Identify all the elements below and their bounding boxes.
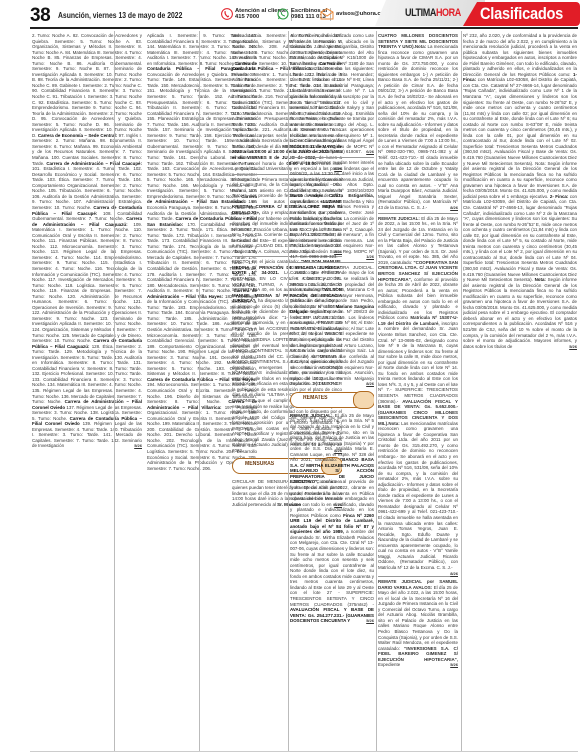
body-text: CIRCULAR DE MENSURA JUDICIAL. Comunico q…: [290, 265, 374, 309]
gavel-icon: [353, 391, 374, 409]
body-text: 211. Derecho Privado. Semestre: 1. Turno…: [232, 66, 342, 149]
section-heading: Carrera de Contaduría Pública – Filial C…: [32, 205, 142, 216]
bold-hours: 08:00 a 18:00: [286, 161, 316, 166]
column-2: Aplicada I. Semestre: 9. Turno: Tarde. 1…: [147, 33, 257, 751]
body-text: 101. Estadística I. Semestre: 4. Turno: …: [32, 166, 142, 210]
whatsapp-icon: [277, 8, 289, 20]
body-text: Las mencionadas matrículas reconocen com…: [378, 421, 458, 570]
page-header: 38 Asunción, viernes 13 de mayo de 2022 …: [0, 0, 580, 26]
case-title: "INVERSIONES S.A. C/ FIDEL BAREIRO GIMEN…: [378, 646, 458, 662]
section-heading: Carrera de Contaduría Pública – Filial V…: [232, 61, 342, 72]
body-text: conforme al proveído de fecha 25 de Abri…: [378, 277, 458, 321]
ad-end-mark: 6/26: [334, 502, 342, 508]
ad-end-mark: 5/26: [134, 443, 142, 449]
section-heading: Carrera de Contaduría Pública – Filial P…: [147, 61, 257, 72]
ad-end-mark: 5/26: [450, 662, 458, 668]
case-title: "WILSON MANUEL MEDINA S/ PRIVACIÓN DE EF…: [232, 287, 342, 303]
ruler-icon: [321, 457, 342, 475]
nota-label: Nota:: [388, 421, 399, 426]
ad-end-mark: 8/26: [450, 205, 458, 211]
header-rule: [30, 27, 578, 29]
body-text: con Matrícula L02-63058, del Distrito de…: [463, 77, 577, 198]
body-text: El día 25 de Mayo de 2022, a las 15:00 h…: [290, 413, 374, 462]
column-1: 2. Turno: Noche A. 82. Convocación de Ac…: [32, 33, 142, 751]
ad-end-mark: 8/26: [450, 571, 458, 577]
body-text: 108. Contabilidad Gubernamental. Semestr…: [32, 211, 142, 222]
brand-part-a: ULTIMA: [405, 7, 436, 19]
phone-icon: [221, 8, 233, 20]
ad-separator: [232, 174, 342, 175]
body-text: 182. Tecnología de la Información y Comu…: [147, 294, 257, 377]
brand-part-b: HORA: [436, 7, 461, 19]
body-text: 128. Ética. Semestre: 2. Turno: Tarde. 1…: [32, 344, 142, 404]
section-heading: Carrera de Administración – Filial San E…: [147, 194, 257, 205]
body-text: 170. Contabilidad Financiera I. Semestre…: [147, 222, 257, 294]
body-text: ha dispuesto la publicación del edicto p…: [232, 298, 342, 453]
body-text: 148. Convocación de Acreedores y Quiebra…: [147, 66, 257, 199]
property-id: Finca Nº 2260 URB L19 del Distrito de La…: [290, 513, 374, 535]
ad-end-mark: 5/26: [249, 466, 257, 472]
body-text: conforme al proveído de fecha 26 de Abri…: [290, 479, 374, 517]
body-text: 197. Psicología Organizacional. Semestre…: [147, 405, 257, 471]
body-text: Según informe del asiento registral de l…: [463, 277, 577, 349]
ad-end-mark: 8/26: [334, 249, 342, 255]
ad-separator: [290, 157, 374, 158]
email-icon: [320, 8, 334, 20]
column-divider: [199, 31, 200, 751]
valuation: AVALUACIÓN FISCAL Y BASE DE VENTA: Gs. 2…: [290, 607, 374, 623]
section-heading: Carrera de Contaduría Pública – Filial S…: [147, 216, 257, 227]
case-title: "COOPERATIVA SAN CRISTOBAL LTDA. C/ JUAN…: [378, 260, 458, 282]
body-text: 194. Microeconomía. Semestre: 1. Turno: …: [147, 382, 257, 404]
body-text: 137. Régimen Legal de las Empresas. Seme…: [32, 405, 142, 421]
section-heading: Carrera de Administración – Filial Caacu…: [46, 161, 142, 166]
nota-label: Nota:: [535, 277, 546, 282]
page-number: 38: [30, 5, 50, 27]
section-heading: Carrera de Contaduría Pública – Filial V…: [147, 377, 257, 382]
section-heading: Carrera de Administración – Filial Coron…: [32, 399, 142, 410]
body-text: Alonso Ribeiro, individualizado como Lot…: [290, 33, 374, 154]
body-text: con Matrícula L02-63059, del Distrito de…: [463, 194, 577, 282]
remate-heading: REMATE JUDICIAL:: [290, 413, 332, 418]
ad-end-mark: 6/26: [366, 149, 374, 155]
section-heading: Carrera de Administración – Filial Villa…: [147, 399, 257, 410]
remate-heading: REMATE JUDICIAL:: [378, 216, 420, 221]
body-text: 168. Economía Paraguaya. Semestre: 8. Tu…: [147, 199, 257, 221]
body-text: cita y emplaza a todos los que puedan te…: [232, 210, 342, 254]
ad-end-mark: 5/26: [569, 344, 577, 350]
column-divider: [376, 31, 377, 751]
body-text: La mencionada finca reconoce como gravam…: [378, 44, 458, 210]
section-heading: Carrera de Contaduría Pública – Filial C…: [32, 338, 142, 349]
remates-banner: REMATES: [290, 392, 374, 408]
column-4: Alonso Ribeiro, individualizado como Lot…: [290, 33, 374, 751]
valuation: CUATRO MILLONES DOSCIENTOS SETENTA Y SIE…: [378, 33, 458, 49]
column-divider: [114, 31, 115, 751]
ad-end-mark: 1/26: [366, 254, 374, 260]
ad-separator: [290, 262, 374, 263]
case-title: "WILSON MANUEL MEDINA S/ PRIVACIÓN DE EF…: [232, 259, 342, 275]
body-text: 97. Inglés I. Semestre: 2. Turno: Mañana…: [32, 133, 142, 166]
ad-end-mark: 5/26: [366, 618, 374, 624]
section-heading: Carrera de Administración – Filial Caagu…: [32, 216, 142, 227]
body-text: de lunes a viernes en el horario de: [232, 155, 342, 166]
property-id: Matrícula Nº 15307-U-L19 del Distrito de…: [378, 315, 458, 326]
body-text: 109. Matemática I. Semestre: 1. Turno: N…: [32, 222, 142, 343]
brand-logo: ULTIMAHORA: [405, 7, 461, 19]
body-text: Mercadotecnia. Semestre: 8. Turno: Noche…: [232, 33, 342, 66]
body-text: LA JUEZ DE PRIMERA INSTANCIA EN LO CIVIL…: [232, 270, 342, 292]
ad-separator: [378, 213, 458, 214]
column-divider: [288, 31, 289, 751]
page-footer-rule: [30, 751, 578, 752]
body-text: Nº 232, año 2.020, y de conformidad a la…: [463, 33, 577, 77]
ad-end-mark: 8/26: [334, 448, 342, 454]
body-text: cuyos linderos son Norte: Bachetta y Nit…: [290, 199, 374, 259]
body-text: horas. San Lorenzo, Ciudad Universitaria…: [232, 161, 342, 172]
column-divider: [461, 31, 462, 751]
body-text: El día 25 de Mayo de 2022, a las 15:00 h…: [378, 216, 458, 265]
body-text: según Exp. Adm. Nº 208/23 de fecha R.P. …: [290, 309, 374, 386]
section-heading: Carrera de Economía – Sede Central:: [38, 133, 117, 138]
case-title: "BANCO BASA S.A. C/ MIRTHA ELIZABETH PAL…: [290, 457, 374, 484]
section-heading: Carrera de Contaduría Pública – Filial C…: [32, 416, 142, 427]
banner-label: MENSURAS: [245, 462, 274, 468]
ad-end-mark: 8/26: [366, 381, 374, 387]
column-5: CUATRO MILLONES DOSCIENTOS SETENTA Y SIE…: [378, 33, 458, 751]
person-name: Marco Andrés Cañiza Estigarribia,: [290, 193, 374, 198]
nota-label: Nota:: [415, 44, 426, 49]
valuation: AVALUACIÓN FISCAL Y BASE DE VENTA: Gs. 5…: [378, 399, 458, 426]
column-3: Mercadotecnia. Semestre: 8. Turno: Noche…: [232, 33, 342, 751]
ad-end-mark: 8/26: [334, 166, 342, 172]
section-title: Clasificados: [480, 4, 563, 24]
body-text: Comunico a quienes puedan tener interés …: [290, 160, 374, 193]
mensuras-banner: MENSURAS: [232, 458, 342, 474]
person-name: Mariano Sanguina Delgado: [290, 304, 374, 315]
dateline: Asunción, viernes 13 de mayo de 2022: [58, 11, 182, 20]
body-text: El día 25 de Mayo del año 2.022, a las 1…: [378, 585, 458, 651]
body-text: Expediente: [378, 662, 400, 667]
body-text: EDICTO: En el juicio caratulado:: [232, 259, 301, 264]
body-text: inscripto a nombre del demandado Sr. Jua…: [378, 321, 458, 404]
ad-separator: [378, 576, 458, 577]
column-6: Nº 232, año 2.020, y de conformidad a la…: [463, 33, 577, 751]
ad-separator: [232, 256, 342, 257]
bold-date: MIÉRCOLES 11 de MAYO de 2022 a las 08:00…: [232, 144, 342, 160]
body-text: 139. Régimen Legal de las Empresas. Seme…: [32, 421, 142, 448]
body-text: Aplicada I. Semestre: 9. Turno: Tarde. 1…: [147, 33, 257, 66]
body-text: a nombre del demandado Sr. Mirtha Elizab…: [290, 529, 374, 606]
remate-heading: REMATE JUDICIAL por SAMUEL DARIO VARELA …: [378, 579, 458, 590]
section-banner: Clasificados: [463, 2, 580, 26]
case-title: «LUZIANE KRISTINA CORREA C/ ESTELA LOPEZ…: [232, 199, 342, 215]
person-name: Sr. Mariano: [277, 502, 301, 507]
finca-label: 2- Finca:: [550, 194, 569, 199]
finca-label: 1- Finca:: [463, 72, 577, 83]
body-text: 2. Turno: Noche A. 82. Convocación de Ac…: [32, 33, 142, 138]
body-text: El Juzgado de Primera Instancia en lo Ci…: [232, 177, 342, 204]
section-heading: Carrera de Administración – Filial Villa…: [147, 288, 257, 299]
body-text: CIRCULAR DE MENSURA JUDICIAL. Comunico a…: [232, 479, 342, 506]
banner-label: REMATES: [303, 396, 328, 402]
